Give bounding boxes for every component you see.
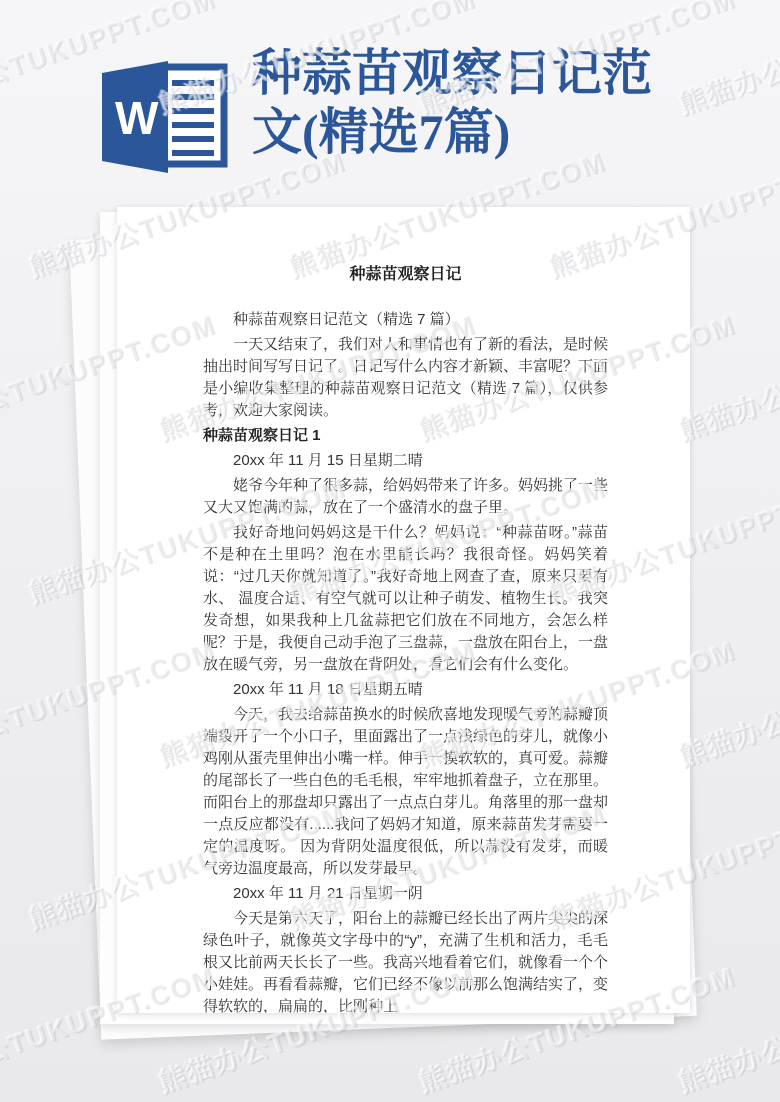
doc-paragraph: 20xx 年 11 月 18 日星期五晴 — [203, 679, 608, 701]
doc-heading: 种蒜苗观察日记 1 — [203, 425, 608, 447]
document-preview-page: W 种蒜苗观察日记范文(精选7篇) 种蒜苗观察日记 种蒜苗观察日记范文（精选 7… — [0, 0, 780, 1102]
site-watermark-text: 熊猫办公TUKUPPT.COM — [673, 0, 780, 122]
doc-paragraph: 20xx 年 11 月 21 日星期一阴 — [203, 883, 608, 905]
doc-title: 种蒜苗观察日记 — [203, 264, 608, 286]
doc-paragraph: 一天又结束了，我们对人和事情也有了新的看法，是时候抽出时间写写日记了。日记写什么… — [203, 334, 608, 422]
doc-paragraph: 今天是第六天了，阳台上的蒜瓣已经长出了两片尖尖的深绿色叶子，就像英文字母中的“y… — [203, 908, 608, 1013]
doc-paragraph: 我好奇地问妈妈这是干什么？妈妈说：“种蒜苗呀。”蒜苗不是种在土里吗？泡在水里能长… — [203, 522, 608, 676]
doc-paragraph: 20xx 年 11 月 15 日星期二晴 — [203, 450, 608, 472]
doc-paragraph: 种蒜苗观察日记范文（精选 7 篇） — [203, 309, 608, 331]
doc-paragraph: 姥爷今年种了很多蒜，给妈妈带来了许多。妈妈挑了一些又大又饱满的蒜，放在了一个盛清… — [203, 475, 608, 519]
word-file-icon: W — [98, 58, 232, 176]
doc-paragraph: 今天，我去给蒜苗换水的时候欣喜地发现暖气旁的蒜瓣顶端裂开了一个小口子，里面露出了… — [203, 704, 608, 880]
paper-sheet-main: 种蒜苗观察日记 种蒜苗观察日记范文（精选 7 篇）一天又结束了，我们对人和事情也… — [117, 207, 690, 1013]
doc-body: 种蒜苗观察日记范文（精选 7 篇）一天又结束了，我们对人和事情也有了新的看法，是… — [203, 309, 608, 1013]
word-icon-w-letter: W — [115, 92, 159, 144]
page-title: 种蒜苗观察日记范文(精选7篇) — [252, 44, 676, 161]
